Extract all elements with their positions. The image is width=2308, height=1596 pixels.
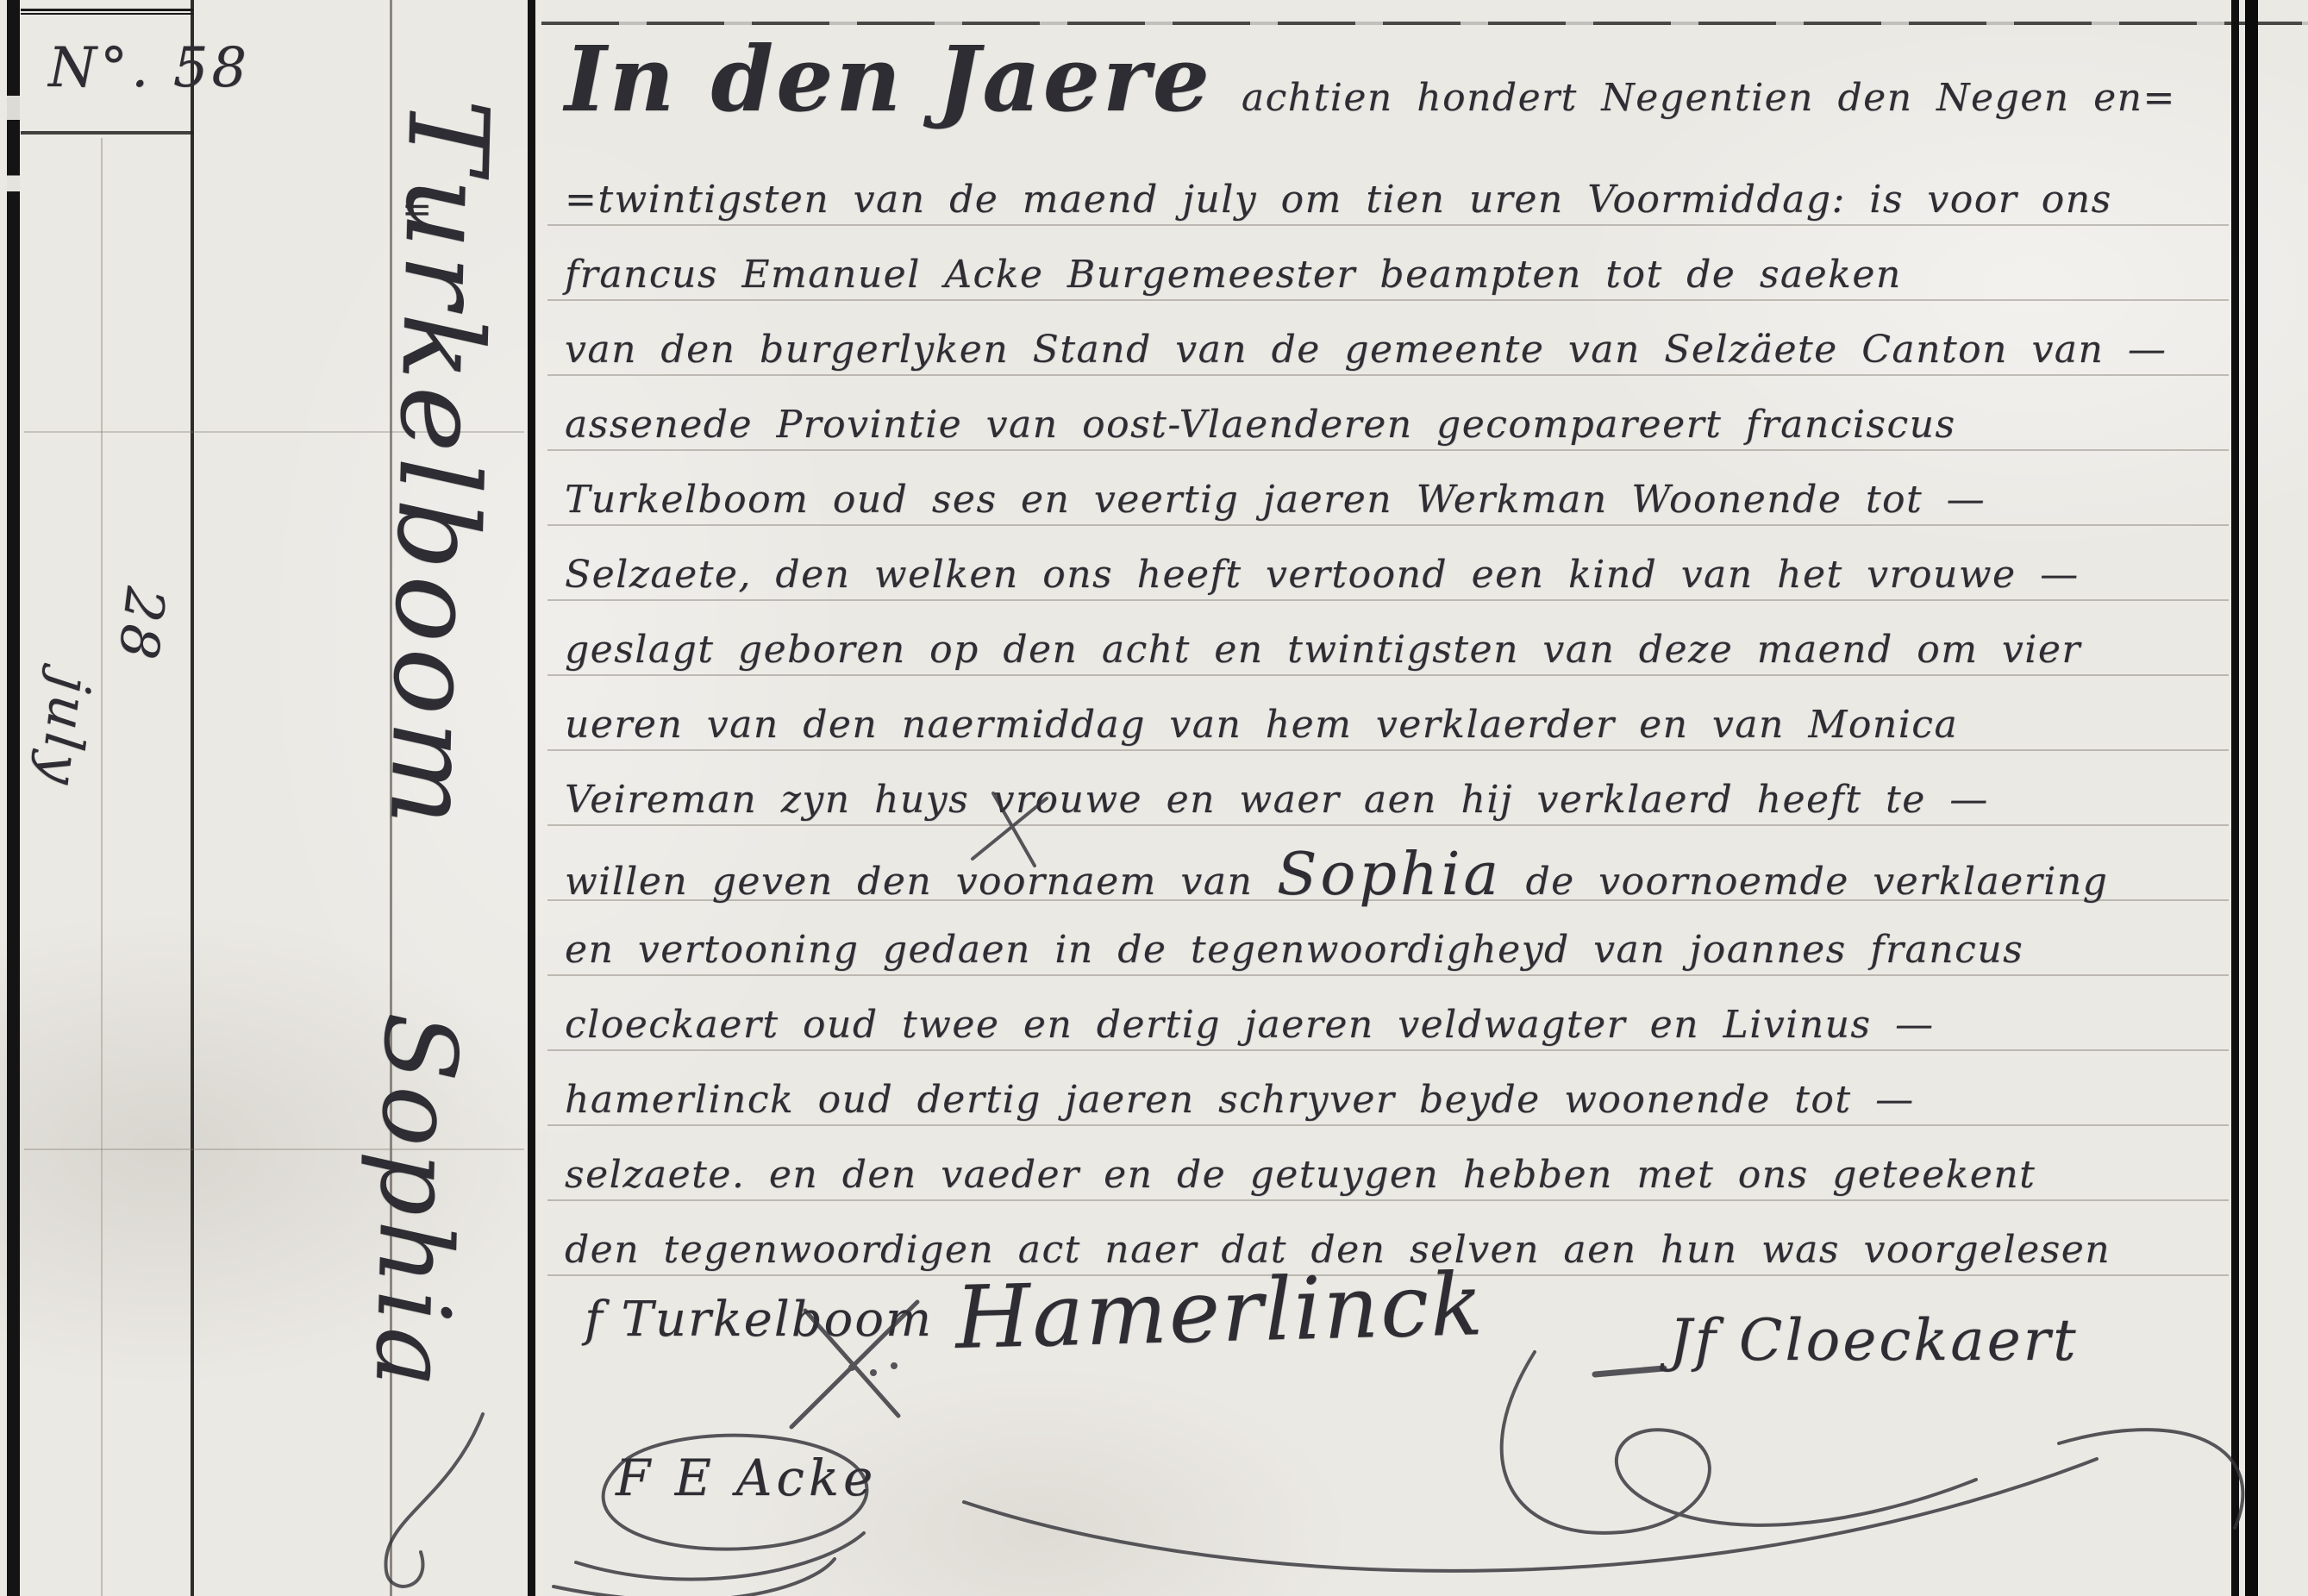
record-box-bottom-rule <box>21 131 193 135</box>
margin-child-given-name: Sophia <box>353 1011 478 1394</box>
act-line: geslagt geboren op den acht en twintigst… <box>565 612 2229 687</box>
act-line: van den burgerlyken Stand van de gemeent… <box>565 312 2229 387</box>
record-number: N°. 58 <box>48 36 250 100</box>
act-line: =twintigsten van de maend july om tien u… <box>565 162 2229 237</box>
margin-date-day: 28 <box>106 584 178 666</box>
act-line: en vertooning gedaen in de tegenwoordigh… <box>565 912 2229 987</box>
act-line: Veireman zyn huys vrouwe en waer aen hij… <box>565 762 2229 837</box>
act-opening-rest: achtien hondert Negentien den Negen en= <box>1242 76 2176 120</box>
act-sophia-line-post: de voornoemde verklaering <box>1502 860 2108 904</box>
margin-child-name: Turkelboom Sophia <box>350 97 512 1394</box>
act-line: Selzaete, den welken ons heeft vertoond … <box>565 537 2229 612</box>
act-line-child-name: willen geven den voornaem van Sophia de … <box>565 837 2229 912</box>
signature-dash <box>1595 1368 1664 1374</box>
right-border-rule-outer <box>2245 0 2258 1596</box>
margin-name-tail <box>385 1414 483 1587</box>
left-border-rule <box>7 0 20 1596</box>
official-signature-swoosh <box>576 1533 864 1580</box>
margin-divider-rule <box>528 0 535 1596</box>
signature-underline-sweep <box>964 1459 2097 1571</box>
act-opening-phrase: In den Jaere <box>565 26 1212 132</box>
witness2-paraph <box>2059 1430 2242 1528</box>
official-signature: F E Acke <box>616 1449 877 1507</box>
act-line: Turkelboom oud ses en veertig jaeren Wer… <box>565 462 2229 537</box>
father-signature: f Turkelboom <box>585 1292 933 1348</box>
margin-date-month: july <box>28 576 116 791</box>
witness1-paraph <box>1502 1352 1976 1533</box>
act-line: selzaete. en den vaeder en de getuygen h… <box>565 1137 2229 1212</box>
act-line: ueren van den naermiddag van hem verklae… <box>565 687 2229 762</box>
cross-dot <box>870 1369 877 1376</box>
page-top-rule <box>541 22 2308 25</box>
act-line: hamerlinck oud dertig jaeren schryver be… <box>565 1062 2229 1137</box>
act-sophia-line-pre: willen geven den voornaem van <box>565 860 1277 904</box>
margin-date: 28 july <box>28 576 178 798</box>
child-first-name: Sophia <box>1277 841 1502 909</box>
witness1-signature: Hamerlinck <box>954 1254 1486 1368</box>
act-line: cloeckaert oud twee en dertig jaeren vel… <box>565 987 2229 1062</box>
cross-dot <box>848 1364 855 1371</box>
record-column-rule <box>191 0 194 1596</box>
official-signature-swoosh <box>554 1559 835 1596</box>
act-text-block: In den Jaere achtien hondert Negentien d… <box>565 26 2229 1287</box>
scanned-register-page: N°. 58 = 28 july Turkelboom Sophia In de… <box>0 0 2308 1596</box>
cross-dot <box>891 1362 898 1369</box>
faint-column-rule <box>101 138 103 1596</box>
record-box-top-rule <box>21 9 193 15</box>
act-line: In den Jaere achtien hondert Negentien d… <box>565 26 2229 162</box>
right-border-rule-inner <box>2231 0 2239 1596</box>
act-line: francus Emanuel Acke Burgemeester beampt… <box>565 237 2229 312</box>
act-line: assenede Provintie van oost-Vlaenderen g… <box>565 387 2229 462</box>
margin-child-surname: Turkelboom <box>365 97 512 833</box>
witness2-signature: Jf Cloeckaert <box>1669 1307 2079 1374</box>
